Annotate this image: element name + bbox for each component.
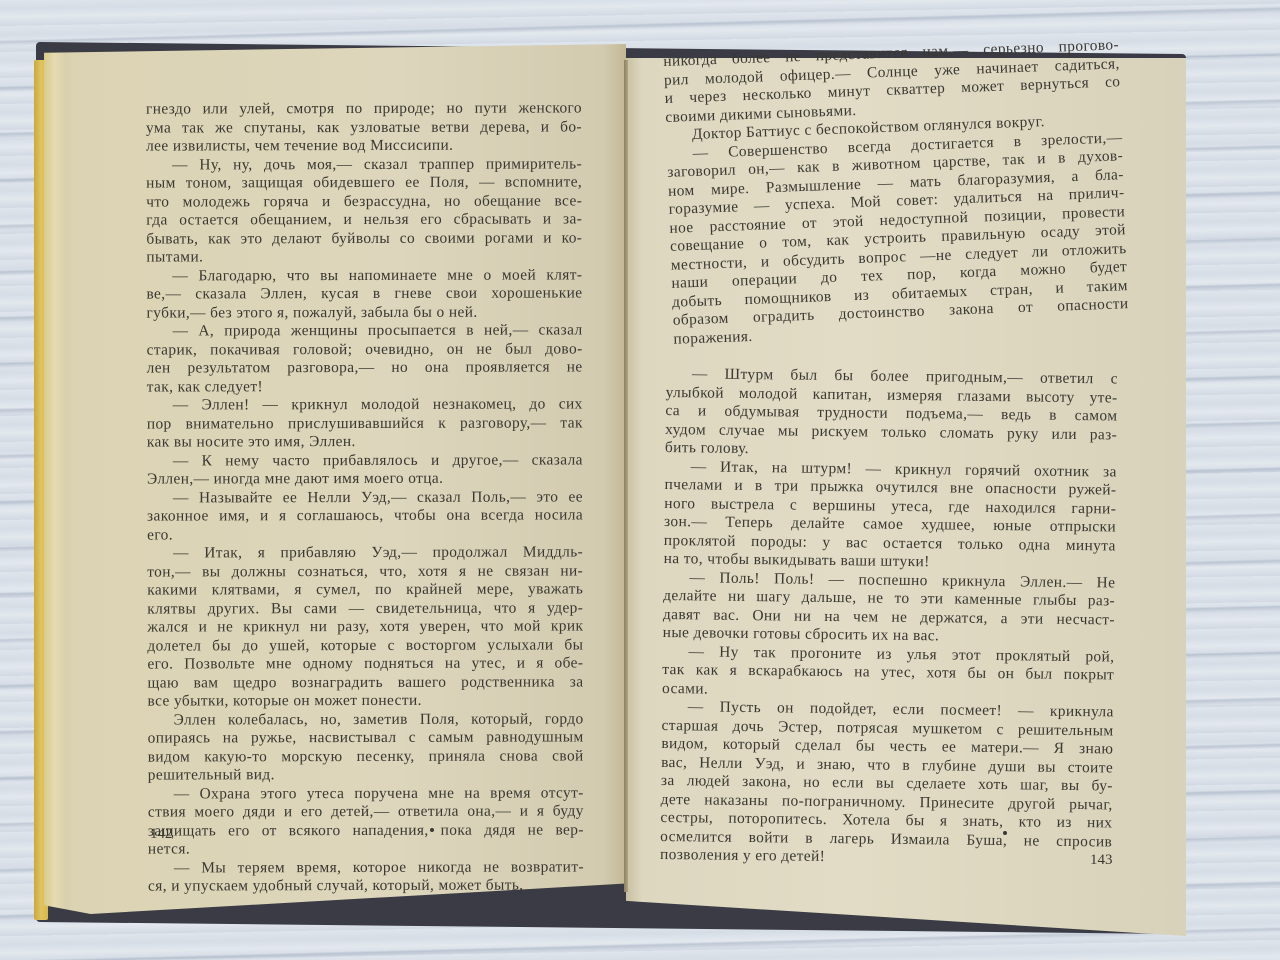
text-line: пор внимательно прислушивавшийся к разго…	[147, 414, 583, 434]
text-line: долетел бы до ушей, которые с восторгом …	[147, 636, 583, 656]
text-line: — Охрана этого утеса поручена мне на вре…	[148, 784, 584, 804]
text-line: — Мы теряем время, которое никогда не во…	[148, 858, 584, 878]
left-page-text: гнездо или улей, смотря по природе; но п…	[146, 99, 584, 896]
ink-speck	[1003, 831, 1007, 835]
text-line: — Эллен! — крикнул молодой незнакомец, д…	[147, 395, 583, 415]
text-line: Эллен колебалась, но, заметив Поля, кото…	[148, 710, 584, 730]
text-line: — Называйте ее Нелли Уэд,— сказал Поль,—…	[147, 488, 583, 508]
page-number-left: 142	[150, 826, 173, 843]
text-line: старик, покачивая головой; очевидно, он …	[147, 340, 583, 360]
text-line: решительный вид.	[148, 765, 584, 785]
text-line: — А, природа женщины просыпается в ней,—…	[147, 321, 583, 341]
page-number-right: 143	[1090, 852, 1113, 869]
ink-speck	[430, 828, 434, 832]
text-line: — Благодарю, что вы напоминаете мне о мо…	[146, 266, 582, 286]
text-line: ума так же спутаны, как узловатые ветви …	[146, 118, 582, 138]
text-line: тон,— вы должны сознаться, что, хотя я н…	[147, 562, 583, 582]
right-page-text-bottom: — Штурм был бы более пригодным,— ответил…	[660, 365, 1118, 870]
text-line: ствия моего дяди и его детей,— ответила …	[148, 802, 584, 822]
text-line: губки,— без этого я, пожалуй, забыла бы …	[146, 303, 582, 323]
text-line: законное имя, и я соглашаюсь, чтобы она …	[147, 506, 583, 526]
text-line: жался и не крикнул ни разу, хотя уверен,…	[147, 617, 583, 637]
text-line: Эллен,— иногда мне дают имя моего отца.	[147, 469, 583, 489]
text-line: гнездо или улей, смотря по природе; но п…	[146, 99, 582, 119]
text-line: опираясь на ружье, насвистывал с самым р…	[148, 728, 584, 748]
text-line: — К нему часто прибавлялось и другое,— с…	[147, 451, 583, 471]
text-line: пытами.	[146, 247, 582, 267]
text-line: — Итак, я прибавляю Уэд,— продолжал Мидд…	[147, 543, 583, 563]
text-line: как вы носите это имя, Эллен.	[147, 432, 583, 452]
text-line: ве,— сказала Эллен, кусая в гневе свои х…	[146, 284, 582, 304]
text-line: ным тоном, защищая обидевшего ее Поля, —…	[146, 173, 582, 193]
text-line: его.	[147, 525, 583, 545]
text-line: щаю вам щедро вознаградить вашего родств…	[147, 673, 583, 693]
text-line: — Ну, ну, дочь моя,— сказал траппер прим…	[146, 155, 582, 175]
text-line: лее извилисты, чем течение вод Миссисипи…	[146, 136, 582, 156]
text-line: что молодежь горяча и безрассудна, но об…	[146, 192, 582, 212]
text-line: все убытки, которые он может понести.	[148, 691, 584, 711]
text-line: защищать его от всякого нападения, пока …	[148, 821, 584, 841]
text-line: ся, и упускаем удобный случай, который, …	[148, 876, 584, 896]
text-line: бывать, как это делают буйволы со своими…	[146, 229, 582, 249]
text-line: клятвы других. Вы сами — свидетельница, …	[147, 599, 583, 619]
text-line: его. Позвольте мне одному подняться на у…	[147, 654, 583, 674]
text-line: лен результатом разговора,— но она прояв…	[147, 358, 583, 378]
right-page-text-top: никогда более не представится нам,— серь…	[663, 36, 1130, 349]
text-line: так, как следует!	[147, 377, 583, 397]
book-spine-gutter	[624, 60, 628, 892]
text-line: нется.	[148, 839, 584, 859]
text-line: видом какую-то морскую песенку, приняла …	[148, 747, 584, 767]
text-line: гда остается обещанием, и нельзя его сбр…	[146, 210, 582, 230]
text-line: какими клятвами, я сумел, по крайней мер…	[147, 580, 583, 600]
